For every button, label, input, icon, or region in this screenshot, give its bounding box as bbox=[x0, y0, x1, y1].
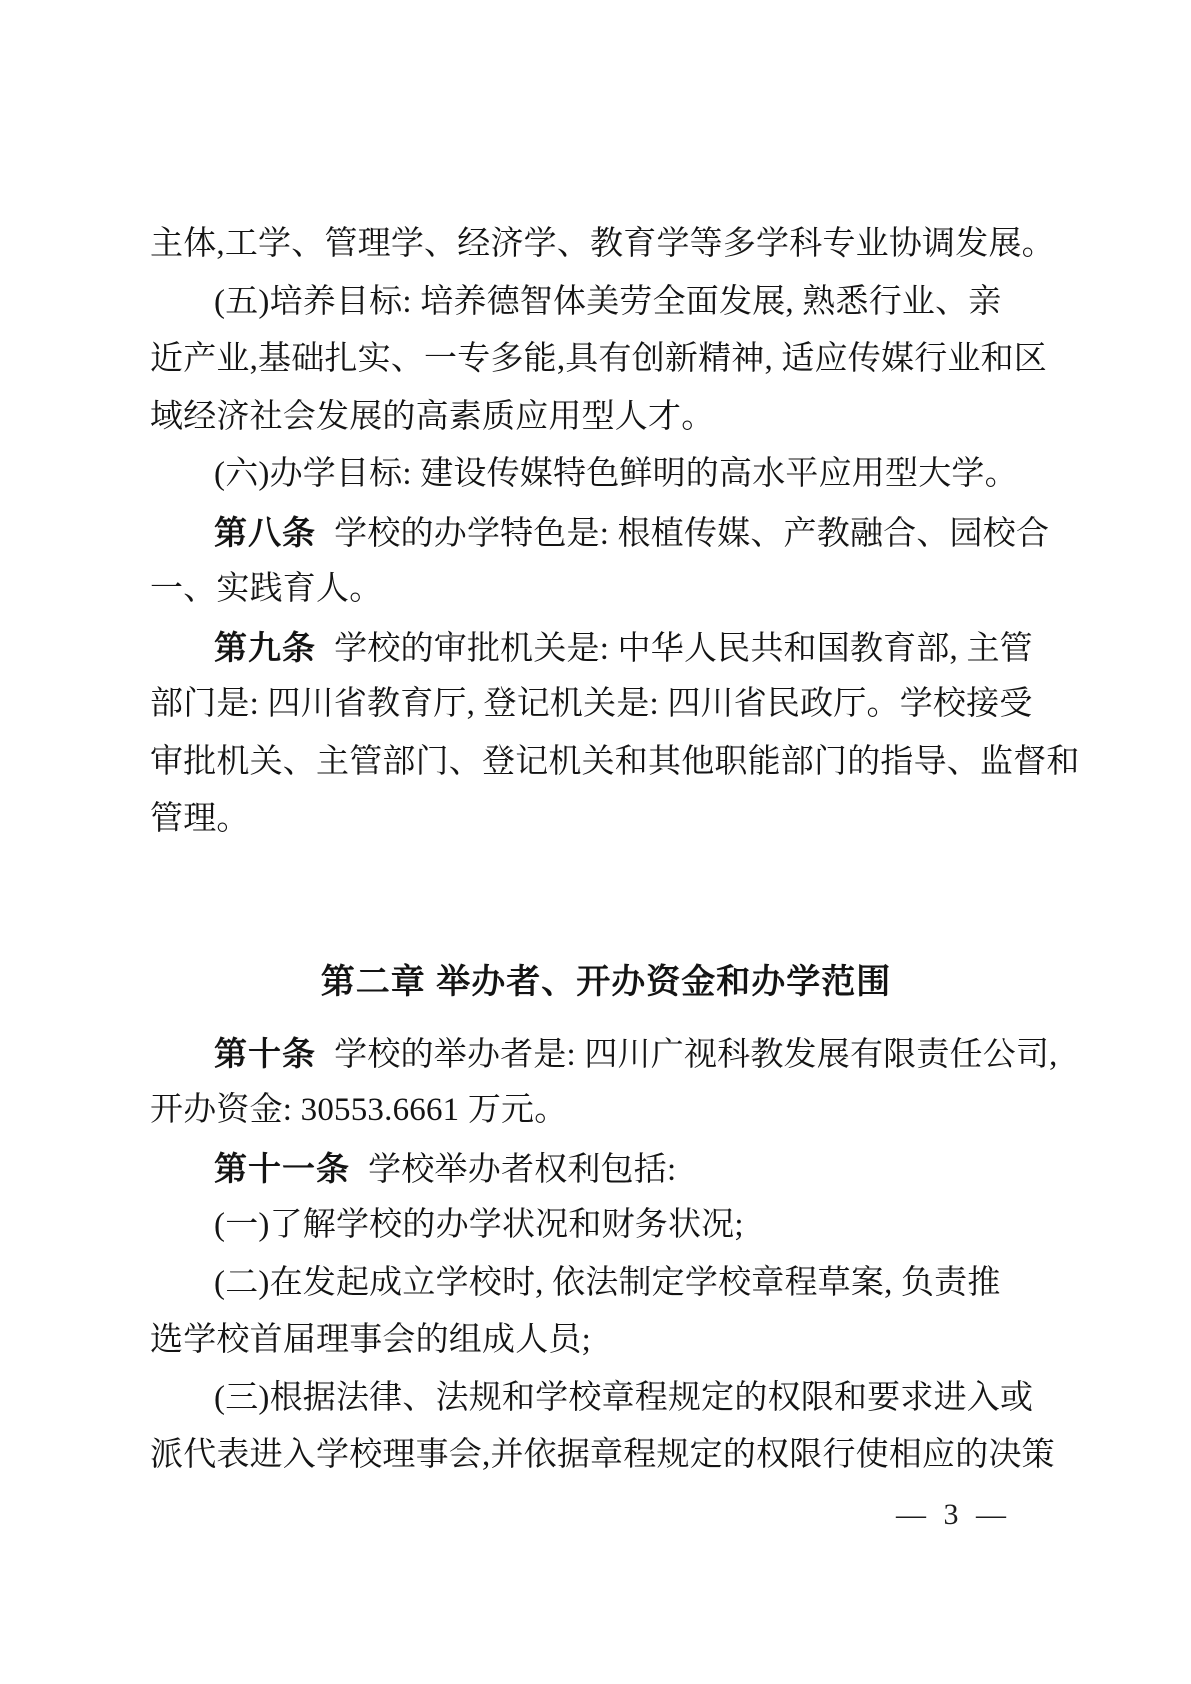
line-text: (三)根据法律、法规和学校章程规定的权限和要求进入或 bbox=[214, 1380, 1033, 1416]
article-11-term: 第十一条 bbox=[214, 1150, 350, 1187]
line-text: 审批机关、主管部门、登记机关和其他职能部门的指导、监督和 bbox=[150, 744, 1080, 780]
line-text: 域经济社会发展的高素质应用型人才。 bbox=[150, 399, 714, 435]
line-text: 一、实践育人。 bbox=[150, 571, 382, 607]
line-text: 派代表进入学校理事会,并依据章程规定的权限行使相应的决策 bbox=[150, 1437, 1055, 1473]
line-text: 部门是: 四川省教育厅, 登记机关是: 四川省民政厅。学校接受 bbox=[150, 686, 1033, 722]
line-text: (五)培养目标: 培养德智体美劳全面发展, 熟悉行业、亲 bbox=[214, 284, 1002, 320]
doc-line-item-1: (一)了解学校的办学状况和财务状况; bbox=[150, 1197, 1062, 1255]
line-text: 主体,工学、管理学、经济学、教育学等多学科专业协调发展。 bbox=[150, 226, 1055, 262]
doc-line-item-6: (六)办学目标: 建设传媒特色鲜明的高水平应用型大学。 bbox=[150, 446, 1062, 504]
document-body: 主体,工学、管理学、经济学、教育学等多学科专业协调发展。 (五)培养目标: 培养… bbox=[150, 216, 1062, 1485]
line-text: (二)在发起成立学校时, 依法制定学校章程草案, 负责推 bbox=[214, 1265, 1001, 1301]
line-text: 选学校首届理事会的组成人员; bbox=[150, 1322, 591, 1358]
article-9-term: 第九条 bbox=[214, 629, 316, 666]
doc-line: 开办资金: 30553.6661 万元。 bbox=[150, 1082, 1062, 1140]
doc-line-item-2: (二)在发起成立学校时, 依法制定学校章程草案, 负责推 bbox=[150, 1255, 1062, 1313]
doc-line-item-5: (五)培养目标: 培养德智体美劳全面发展, 熟悉行业、亲 bbox=[150, 274, 1062, 332]
doc-line: 管理。 bbox=[150, 791, 1062, 849]
line-text: 管理。 bbox=[150, 801, 250, 837]
doc-line-item-3: (三)根据法律、法规和学校章程规定的权限和要求进入或 bbox=[150, 1370, 1062, 1428]
page-number: — 3 — bbox=[896, 1498, 1011, 1532]
doc-line: 审批机关、主管部门、登记机关和其他职能部门的指导、监督和 bbox=[150, 734, 1062, 792]
article-8-term: 第八条 bbox=[214, 514, 316, 551]
doc-line: 派代表进入学校理事会,并依据章程规定的权限行使相应的决策 bbox=[150, 1427, 1062, 1485]
line-text: 学校的审批机关是: 中华人民共和国教育部, 主管 bbox=[334, 631, 1033, 667]
doc-line-article-8: 第八条学校的办学特色是: 根植传媒、产教融合、园校合 bbox=[150, 504, 1062, 562]
doc-line: 一、实践育人。 bbox=[150, 561, 1062, 619]
doc-line-article-10: 第十条学校的举办者是: 四川广视科教发展有限责任公司, bbox=[150, 1025, 1062, 1083]
doc-line: 部门是: 四川省教育厅, 登记机关是: 四川省民政厅。学校接受 bbox=[150, 676, 1062, 734]
article-10-term: 第十条 bbox=[214, 1035, 316, 1072]
doc-line: 选学校首届理事会的组成人员; bbox=[150, 1312, 1062, 1370]
doc-line-article-11: 第十一条学校举办者权利包括: bbox=[150, 1140, 1062, 1198]
doc-line: 域经济社会发展的高素质应用型人才。 bbox=[150, 389, 1062, 447]
chapter-heading: 第二章 举办者、开办资金和办学范围 bbox=[150, 953, 1062, 1011]
document-page: 主体,工学、管理学、经济学、教育学等多学科专业协调发展。 (五)培养目标: 培养… bbox=[0, 0, 1191, 1684]
line-text: 学校的办学特色是: 根植传媒、产教融合、园校合 bbox=[334, 516, 1049, 552]
line-text: 近产业,基础扎实、一专多能,具有创新精神, 适应传媒行业和区 bbox=[150, 341, 1047, 377]
doc-line-article-9: 第九条学校的审批机关是: 中华人民共和国教育部, 主管 bbox=[150, 619, 1062, 677]
line-text: (一)了解学校的办学状况和财务状况; bbox=[214, 1207, 744, 1243]
line-text: 学校举办者权利包括: bbox=[368, 1152, 676, 1188]
doc-line: 主体,工学、管理学、经济学、教育学等多学科专业协调发展。 bbox=[150, 216, 1062, 274]
doc-line: 近产业,基础扎实、一专多能,具有创新精神, 适应传媒行业和区 bbox=[150, 331, 1062, 389]
line-text: (六)办学目标: 建设传媒特色鲜明的高水平应用型大学。 bbox=[214, 456, 1018, 492]
line-text: 开办资金: 30553.6661 万元。 bbox=[150, 1092, 567, 1128]
line-text: 学校的举办者是: 四川广视科教发展有限责任公司, bbox=[334, 1037, 1057, 1073]
